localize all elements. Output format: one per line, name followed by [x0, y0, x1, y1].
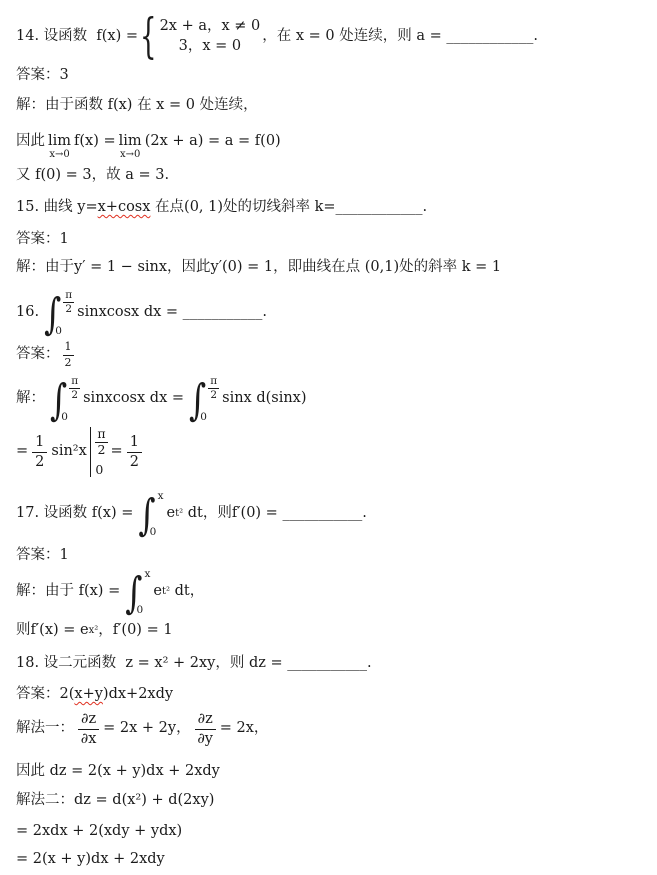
integral-0-to-x: ∫ x 0 [138, 490, 163, 538]
document-page: 14. 设函数 f(x) = { 2x + a，x ≠ 0 3，x = 0 ，在… [0, 0, 657, 870]
fraction-one-half: 1 2 [63, 341, 74, 369]
q16-answer-line: 答案： 1 2 [16, 340, 639, 370]
q18-method-1-line: 解法一： ∂z ∂x = 2x + 2y， ∂z ∂y = 2x， [16, 707, 639, 751]
q14-suffix: ，在 x = 0 处连续，则 a = ____________. [262, 27, 538, 47]
q14-solution-line-1: 解：由于函数 f(x) 在 x = 0 处连续， [16, 96, 639, 116]
eval-lower-limit: 0 [95, 464, 107, 477]
q17-solution-line-1: 解：由于 f(x) = ∫ x 0 et² dt， [16, 568, 639, 616]
q14-solution-line-2: 因此 lim x→0 f(x) = lim x→0 (2x + a) = a =… [16, 124, 639, 160]
spellcheck-underline: x+y [74, 685, 103, 705]
q17-solution-line-2: 则f′(x) = ex²，f′(0) = 1 [16, 620, 639, 642]
q15-solution-line: 解：由于y′ = 1 − sinx，因此y′(0) = 1，即曲线在点 (0,1… [16, 258, 639, 278]
integral-0-to-x: ∫ x 0 [125, 568, 150, 616]
spellcheck-underline: x+cosx [98, 198, 151, 218]
left-brace: { [140, 13, 157, 61]
integral-sign: ∫ [44, 292, 61, 335]
integral-sign: ∫ [50, 378, 67, 421]
integral-upper-limit: x [158, 491, 164, 502]
integral-sign: ∫ [189, 378, 206, 421]
limit-notation: lim x→0 [48, 134, 71, 160]
problem-18-title: 18. 设二元函数 z = x² + 2xy，则 dz = __________… [16, 654, 639, 674]
evaluation-bar: π 2 0 [90, 427, 108, 477]
integral-upper-limit: π 2 [69, 376, 80, 400]
problem-14-title: 14. 设函数 f(x) = { 2x + a，x ≠ 0 3，x = 0 ，在… [16, 12, 639, 62]
problem-15-title: 15. 曲线 y=x+cosx 在点(0, 1)处的切线斜率 k=_______… [16, 198, 639, 218]
partial-derivative-dz-dy: ∂z ∂y [195, 711, 216, 747]
piecewise-function: { 2x + a，x ≠ 0 3，x = 0 [140, 19, 260, 55]
integral-upper-limit: π 2 [63, 290, 74, 314]
q16-solution-line-1: 解： ∫ π 2 0 sinxcosx dx = ∫ π 2 0 sinx d( [16, 374, 639, 424]
integral-0-to-pi-over-2: ∫ π 2 0 [44, 289, 74, 337]
integral-upper-limit: π 2 [208, 376, 219, 400]
integral-0-to-pi-over-2: ∫ π 2 0 [189, 375, 219, 423]
q18-answer-line: 答案：2(x+y)dx+2xdy [16, 685, 639, 705]
problem-16-title: 16. ∫ π 2 0 sinxcosx dx = ___________. [16, 288, 639, 338]
q16-solution-line-2: = 1 2 sin²x π 2 0 = 1 2 [16, 426, 639, 478]
eval-upper-limit: π 2 [95, 428, 107, 456]
q14-prefix: 14. 设函数 f(x) = [16, 27, 138, 47]
integral-upper-limit: x [144, 569, 150, 580]
q18-method-2-line: 解法二：dz = d(x²) + d(2xy) [16, 790, 639, 812]
q18-dz-line: 因此 dz = 2(x + y)dx + 2xdy [16, 762, 639, 782]
q18-expansion-line-1: = 2xdx + 2(xdy + ydx) [16, 822, 639, 842]
vertical-bar [90, 427, 92, 477]
limit-notation: lim x→0 [119, 134, 142, 160]
q17-answer-line: 答案：1 [16, 546, 639, 566]
fraction-one-half: 1 2 [127, 434, 142, 470]
piecewise-case-2: 3，x = 0 [179, 39, 242, 55]
q15-answer-line: 答案：1 [16, 230, 639, 250]
fraction-one-half: 1 2 [32, 434, 47, 470]
q18-expansion-line-2: = 2(x + y)dx + 2xdy [16, 850, 639, 870]
q14-solution-line-3: 又 f(0) = 3，故 a = 3. [16, 166, 639, 186]
piecewise-case-1: 2x + a，x ≠ 0 [160, 19, 261, 35]
q14-answer-line: 答案：3 [16, 66, 639, 86]
integral-sign: ∫ [125, 571, 142, 614]
integral-sign: ∫ [138, 493, 155, 536]
integral-0-to-pi-over-2: ∫ π 2 0 [50, 375, 80, 423]
problem-17-title: 17. 设函数 f(x) = ∫ x 0 et² dt，则f′(0) = ___… [16, 490, 639, 538]
partial-derivative-dz-dx: ∂z ∂x [78, 711, 99, 747]
